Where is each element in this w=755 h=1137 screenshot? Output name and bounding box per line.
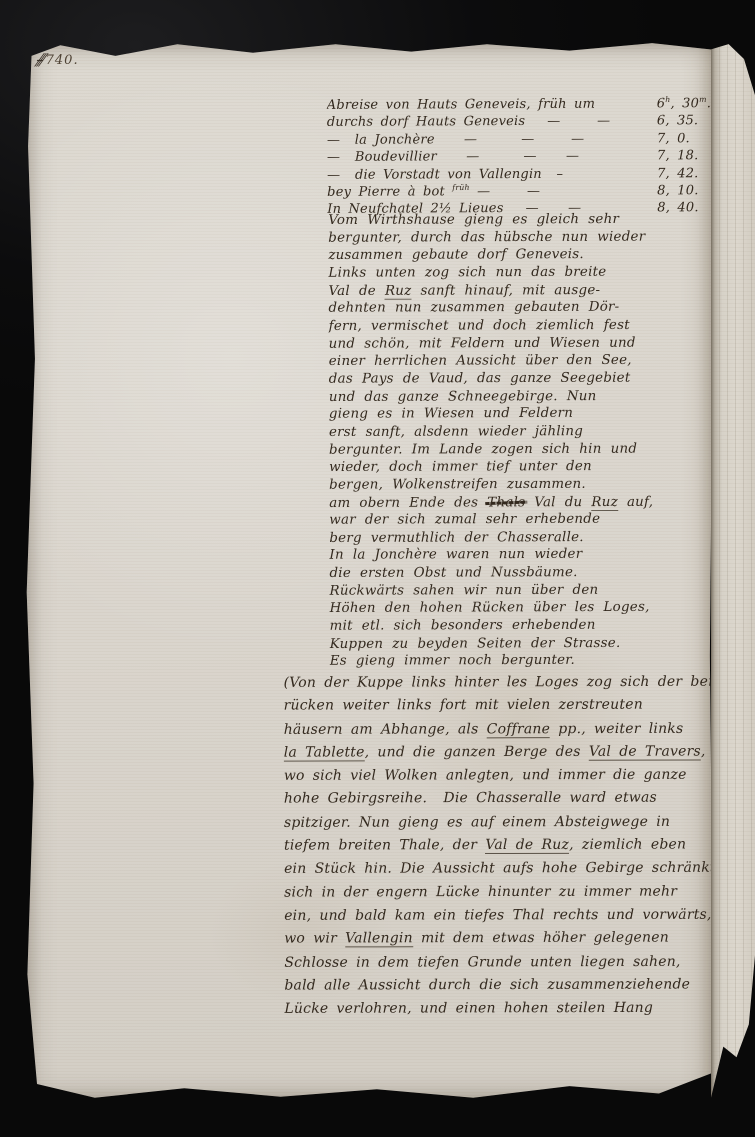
text-segment: Abreise von Hauts Geneveis, früh um [327, 97, 595, 113]
text-segment: früh [452, 183, 470, 192]
text-line: Kuppen zu beyden Seiten der Strasse. [330, 634, 730, 653]
body-text-lower: (Von der Kuppe links hinter les Loges zo… [284, 670, 725, 1021]
text-line: und das ganze Schneegebirge. Nun [329, 387, 729, 406]
text-segment: Schlosse in dem tiefen Grunde unten lieg… [284, 953, 680, 970]
text-segment: zusammen gebaute dorf Geneveis. [328, 247, 584, 263]
text-line: mit etl. sich besonders erhebenden [330, 616, 730, 635]
itinerary-time: 6h, 30m. [657, 95, 719, 113]
text-segment: m [699, 95, 707, 104]
text-line: berg vermuthlich der Chasseralle. [329, 528, 729, 547]
text-segment: häusern am Abhange, als [284, 721, 487, 738]
text-segment: ein, und bald kam ein tiefes Thal rechts… [284, 907, 711, 924]
text-segment: wo wir [284, 931, 345, 947]
text-line: tiefem breiten Thale, der Val de Ruz, zi… [284, 834, 724, 858]
underlined-word: Val de Travers [589, 743, 701, 760]
underlined-word: Ruz [385, 283, 412, 299]
text-line: dehnten nun zusammen gebauten Dör- [329, 299, 729, 318]
text-segment: erst sanft, alsdenn wieder jähling [329, 424, 583, 440]
text-line: Lücke verlohren, und einen hohen steilen… [284, 997, 724, 1021]
text-line: sich in der engern Lücke hinunter zu imm… [284, 880, 724, 904]
text-line: Es gieng immer noch bergunter. [330, 652, 730, 671]
page-number: ///740. [37, 53, 79, 68]
itinerary-row: bey Pierre à bot früh — —8, 10. [327, 182, 719, 201]
text-segment: berg vermuthlich der Chasseralle. [329, 530, 584, 546]
text-segment: , [701, 743, 706, 759]
text-segment: tiefem breiten Thale, der [284, 837, 485, 854]
text-line: wo wir Vallengin mit dem etwas höher gel… [284, 927, 724, 951]
text-segment: sanft hinauf, mit ausge- [411, 283, 600, 299]
itinerary-row: durchs dorf Hauts Geneveis — —6, 35. [327, 113, 719, 132]
text-line: am obern Ende des Thals Val du Ruz auf, [329, 493, 729, 512]
text-line: wieder, doch immer tief unter den [329, 458, 729, 477]
text-line: Rückwärts sahen wir nun über den [329, 581, 729, 600]
text-line: spitziger. Nun gieng es auf einem Abstei… [284, 811, 724, 835]
text-segment: , und die ganzen Berge des [365, 744, 589, 761]
text-segment: 6, 35. [657, 114, 698, 129]
text-segment: bergunter. Im Lande zogen sich hin und [329, 441, 637, 457]
text-segment: Links unten zog sich nun das breite [328, 265, 606, 281]
text-segment: rücken weiter links fort mit vielen zers… [284, 697, 643, 714]
text-segment: bald alle Aussicht durch die sich zusamm… [284, 976, 690, 993]
text-segment: (Von der Kuppe links hinter les Loges zo… [284, 674, 724, 691]
text-line: zusammen gebaute dorf Geneveis. [328, 246, 728, 265]
text-segment: sich in der engern Lücke hinunter zu imm… [284, 883, 677, 900]
text-line: erst sanft, alsdenn wieder jähling [329, 422, 729, 441]
itinerary-time: 8, 10. [657, 182, 719, 200]
itinerary-row: — Boudevillier — — —7, 18. [327, 147, 719, 166]
text-segment: 7, 42. [657, 166, 698, 181]
text-segment: bergen, Wolkenstreifen zusammen. [329, 477, 586, 493]
text-segment: pp., weiter links [550, 720, 683, 736]
text-line: Links unten zog sich nun das breite [328, 263, 728, 282]
text-segment: , 30 [670, 96, 699, 111]
text-segment: durchs dorf Hauts Geneveis — — [327, 114, 611, 130]
text-segment: Vom Wirthshause gieng es gleich sehr [328, 212, 619, 228]
text-segment: Es gieng immer noch bergunter. [330, 653, 575, 669]
text-line: Val de Ruz sanft hinauf, mit ausge- [328, 281, 728, 300]
text-line: wo sich viel Wolken anlegten, und immer … [284, 764, 724, 788]
text-segment: — Boudevillier — — — [327, 149, 579, 165]
underlined-word: Coffrane [487, 721, 550, 738]
text-segment: und das ganze Schneegebirge. Nun [329, 389, 597, 405]
text-line: gieng es in Wiesen und Feldern [329, 405, 729, 424]
text-segment: Lücke verlohren, und einen hohen steilen… [284, 1000, 653, 1017]
itinerary-label: bey Pierre à bot früh — — [327, 182, 657, 201]
text-segment: . [707, 96, 711, 111]
text-line: ein Stück hin. Die Aussicht aufs hohe Ge… [284, 857, 724, 881]
itinerary-row: — la Jonchère — — —7, 0. [327, 130, 719, 149]
itinerary-table: Abreise von Hauts Geneveis, früh um6h, 3… [327, 95, 720, 219]
text-line: fern, vermischet und doch ziemlich fest [329, 317, 729, 336]
text-segment: Val de [328, 283, 385, 298]
body-text-upper: Vom Wirthshause gieng es gleich sehrberg… [328, 210, 730, 670]
itinerary-time: 7, 42. [657, 165, 719, 183]
text-line: war der sich zumal sehr erhebende [329, 510, 729, 529]
text-segment: war der sich zumal sehr erhebende [329, 512, 600, 528]
text-segment: am obern Ende des [329, 495, 487, 511]
text-segment: 7, 18. [657, 148, 698, 163]
text-segment: auf, [618, 494, 653, 509]
underlined-word: Val de Ruz [485, 837, 569, 854]
text-segment: einer herrlichen Aussicht über den See, [329, 353, 632, 369]
text-line: einer herrlichen Aussicht über den See, [329, 352, 729, 371]
text-segment: und schön, mit Feldern und Wiesen und [329, 335, 636, 351]
text-line: In la Jonchère waren nun wieder [329, 546, 729, 565]
text-segment: — die Vorstadt von Vallengin – [327, 166, 563, 182]
text-line: bergunter. Im Lande zogen sich hin und [329, 440, 729, 459]
facing-page-edge [711, 42, 755, 1104]
scan-background: { "scan": { "page_number": "740.", "page… [0, 0, 755, 1137]
text-line: hohe Gebirgsreihe. Die Chasseralle ward … [284, 787, 724, 811]
itinerary-label: — la Jonchère — — — [327, 130, 657, 149]
text-line: die ersten Obst und Nussbäume. [329, 564, 729, 583]
text-segment: Höhen den hohen Rücken über les Loges, [330, 600, 650, 616]
text-line: häusern am Abhange, als Coffrane pp., we… [284, 717, 724, 741]
underlined-word: Vallengin [345, 931, 413, 948]
underlined-word: Ruz [591, 494, 618, 510]
itinerary-time: 7, 18. [657, 147, 719, 165]
text-segment: mit dem etwas höher gelegenen [413, 930, 669, 947]
text-segment: Kuppen zu beyden Seiten der Strasse. [330, 636, 621, 652]
text-segment: 7, 0. [657, 131, 690, 146]
text-segment: — la Jonchère — — — [327, 132, 584, 148]
text-segment: die ersten Obst und Nussbäume. [329, 565, 577, 581]
text-segment: wieder, doch immer tief unter den [329, 459, 592, 475]
text-segment: Rückwärts sahen wir nun über den [329, 583, 598, 599]
text-segment: — — [470, 184, 540, 199]
itinerary-label: Abreise von Hauts Geneveis, früh um [327, 95, 657, 114]
text-segment: ein Stück hin. Die Aussicht aufs hohe Ge… [284, 860, 724, 877]
text-segment: spitziger. Nun gieng es auf einem Abstei… [284, 814, 670, 831]
text-line: Höhen den hohen Rücken über les Loges, [330, 599, 730, 618]
itinerary-label: — Boudevillier — — — [327, 148, 657, 167]
manuscript-page: ///740. Abreise von Hauts Geneveis, früh… [26, 40, 714, 1102]
text-segment: hohe Gebirgsreihe. Die Chasseralle ward … [284, 790, 657, 807]
text-segment: dehnten nun zusammen gebauten Dör- [329, 300, 620, 316]
text-segment: gieng es in Wiesen und Feldern [329, 406, 573, 422]
text-segment: fern, vermischet und doch ziemlich fest [329, 318, 630, 334]
page-number-value: 740. [46, 53, 79, 68]
text-segment: wo sich viel Wolken anlegten, und immer … [284, 767, 687, 784]
text-line: (Von der Kuppe links hinter les Loges zo… [284, 671, 724, 695]
text-line: und schön, mit Feldern und Wiesen und [329, 334, 729, 353]
text-line: Vom Wirthshause gieng es gleich sehr [328, 211, 728, 230]
text-segment: 8, 10. [657, 183, 698, 198]
text-line: bergunter, durch das hübsche nun wieder [328, 228, 728, 247]
text-line: bald alle Aussicht durch die sich zusamm… [284, 973, 724, 997]
text-line: la Tablette, und die ganzen Berge des Va… [284, 740, 724, 764]
text-segment: bergunter, durch das hübsche nun wieder [328, 229, 645, 245]
text-line: ein, und bald kam ein tiefes Thal rechts… [284, 904, 724, 928]
underlined-word: la Tablette [284, 744, 365, 761]
itinerary-time: 7, 0. [657, 130, 719, 148]
text-segment: Val du [525, 495, 591, 510]
struck-word: Thals [487, 495, 525, 510]
text-segment: , ziemlich eben [569, 837, 686, 853]
itinerary-row: Abreise von Hauts Geneveis, früh um6h, 3… [327, 95, 719, 114]
text-line: das Pays de Vaud, das ganze Seegebiet [329, 369, 729, 388]
page-number-scribble: /// [34, 51, 46, 70]
text-segment: das Pays de Vaud, das ganze Seegebiet [329, 371, 631, 387]
text-segment: mit etl. sich besonders erhebenden [330, 618, 596, 634]
text-line: Schlosse in dem tiefen Grunde unten lieg… [284, 950, 724, 974]
itinerary-row: — die Vorstadt von Vallengin –7, 42. [327, 165, 719, 184]
itinerary-time: 6, 35. [657, 113, 719, 131]
text-segment: In la Jonchère waren nun wieder [329, 547, 582, 563]
text-segment: bey Pierre à bot [327, 184, 452, 200]
text-line: bergen, Wolkenstreifen zusammen. [329, 475, 729, 494]
itinerary-label: — die Vorstadt von Vallengin – [327, 165, 657, 184]
itinerary-label: durchs dorf Hauts Geneveis — — [327, 113, 657, 132]
text-line: rücken weiter links fort mit vielen zers… [284, 694, 724, 718]
